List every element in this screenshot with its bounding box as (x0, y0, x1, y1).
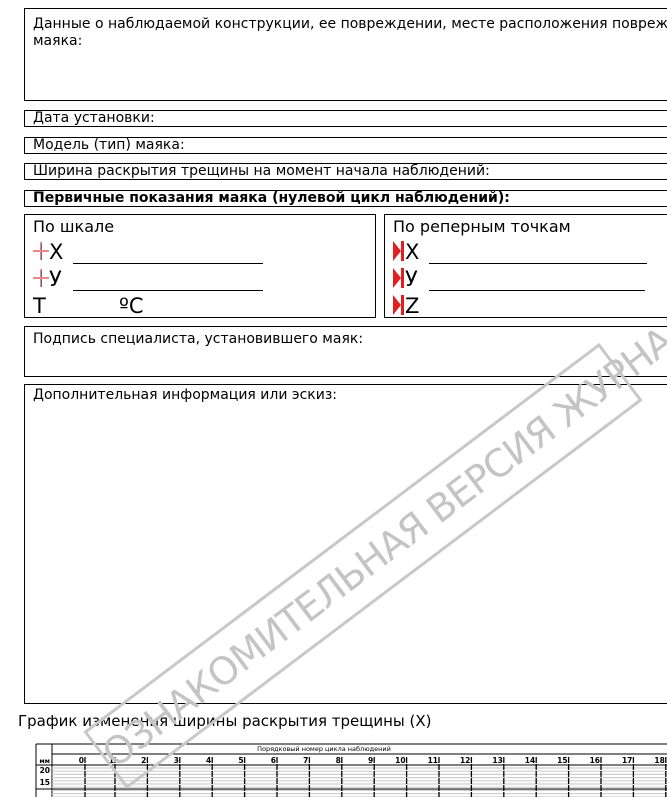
installer-signature-field[interactable]: Подпись специалиста, установившего маяк: (24, 326, 667, 377)
svg-text:14: 14 (525, 756, 535, 765)
ref-z-label: Z (405, 294, 423, 318)
installer-signature-label: Подпись специалиста, установившего маяк: (33, 331, 667, 348)
svg-text:4: 4 (206, 756, 211, 765)
primary-readings-label: Первичные показания маяка (нулевой цикл … (33, 190, 510, 206)
scale-panel-title: По шкале (33, 217, 375, 237)
scale-y-row: У (33, 264, 375, 291)
chart-title: График изменения ширины раскрытия трещин… (18, 712, 432, 730)
reference-flag-icon (393, 241, 405, 261)
reference-flag-icon (393, 295, 405, 315)
install-date-field[interactable]: Дата установки: (24, 110, 667, 127)
svg-text:12: 12 (460, 756, 470, 765)
ref-z-input[interactable] (429, 297, 647, 318)
celsius-unit: ºC (119, 294, 144, 318)
svg-text:18: 18 (654, 756, 664, 765)
model-field[interactable]: Модель (тип) маяка: (24, 137, 667, 154)
crack-width-chart: Порядковый номер цикла наблюдениймм20150… (16, 742, 667, 797)
svg-text:1: 1 (109, 756, 114, 765)
reference-panel-title: По реперным точкам (393, 217, 667, 237)
model-label: Модель (тип) маяка: (33, 137, 185, 153)
scale-y-label: У (49, 267, 67, 291)
svg-text:мм: мм (39, 757, 50, 765)
svg-text:Порядковый номер цикла наблюде: Порядковый номер цикла наблюдений (257, 745, 391, 753)
svg-text:5: 5 (238, 756, 243, 765)
additional-info-field[interactable]: Дополнительная информация или эскиз: (24, 384, 667, 704)
scale-x-row: X (33, 237, 375, 264)
crack-width-field[interactable]: Ширина раскрытия трещины на момент начал… (24, 163, 667, 180)
ref-z-row: Z (393, 291, 667, 318)
crosshair-icon (33, 242, 49, 260)
svg-text:3: 3 (174, 756, 179, 765)
install-date-label: Дата установки: (33, 110, 155, 126)
additional-info-label: Дополнительная информация или эскиз: (33, 387, 667, 404)
primary-readings-heading: Первичные показания маяка (нулевой цикл … (24, 190, 667, 207)
structure-description-label-cont: маяка: (33, 33, 667, 50)
svg-text:11: 11 (428, 756, 438, 765)
svg-text:15: 15 (40, 778, 50, 787)
structure-description-field[interactable]: Данные о наблюдаемой конструкции, ее пов… (24, 8, 667, 101)
temperature-input[interactable] (53, 297, 111, 318)
ref-x-row: X (393, 237, 667, 264)
ref-x-label: X (405, 240, 423, 264)
scale-x-input[interactable] (73, 243, 263, 264)
svg-text:16: 16 (590, 756, 600, 765)
svg-text:7: 7 (303, 756, 308, 765)
structure-description-label: Данные о наблюдаемой конструкции, ее пов… (33, 16, 667, 33)
scale-y-input[interactable] (73, 270, 263, 291)
svg-text:20: 20 (40, 766, 50, 775)
crack-width-label: Ширина раскрытия трещины на момент начал… (33, 163, 490, 179)
crosshair-icon (33, 269, 49, 287)
ref-y-input[interactable] (429, 270, 645, 291)
svg-text:9: 9 (368, 756, 373, 765)
ref-y-row: У (393, 264, 667, 291)
svg-text:2: 2 (141, 756, 146, 765)
svg-text:17: 17 (622, 756, 632, 765)
scale-readings-panel: По шкале X У T ºC (24, 214, 376, 318)
temperature-label: T (33, 294, 51, 318)
svg-text:10: 10 (395, 756, 405, 765)
temperature-row: T ºC (33, 291, 375, 318)
reference-flag-icon (393, 268, 405, 288)
scale-x-label: X (49, 240, 67, 264)
svg-text:8: 8 (336, 756, 341, 765)
ref-y-label: У (405, 267, 423, 291)
reference-readings-panel: По реперным точкам X У Z (384, 214, 667, 318)
svg-text:0: 0 (79, 756, 84, 765)
svg-text:13: 13 (492, 756, 502, 765)
svg-text:6: 6 (271, 756, 276, 765)
ref-x-input[interactable] (429, 243, 647, 264)
svg-text:15: 15 (557, 756, 567, 765)
